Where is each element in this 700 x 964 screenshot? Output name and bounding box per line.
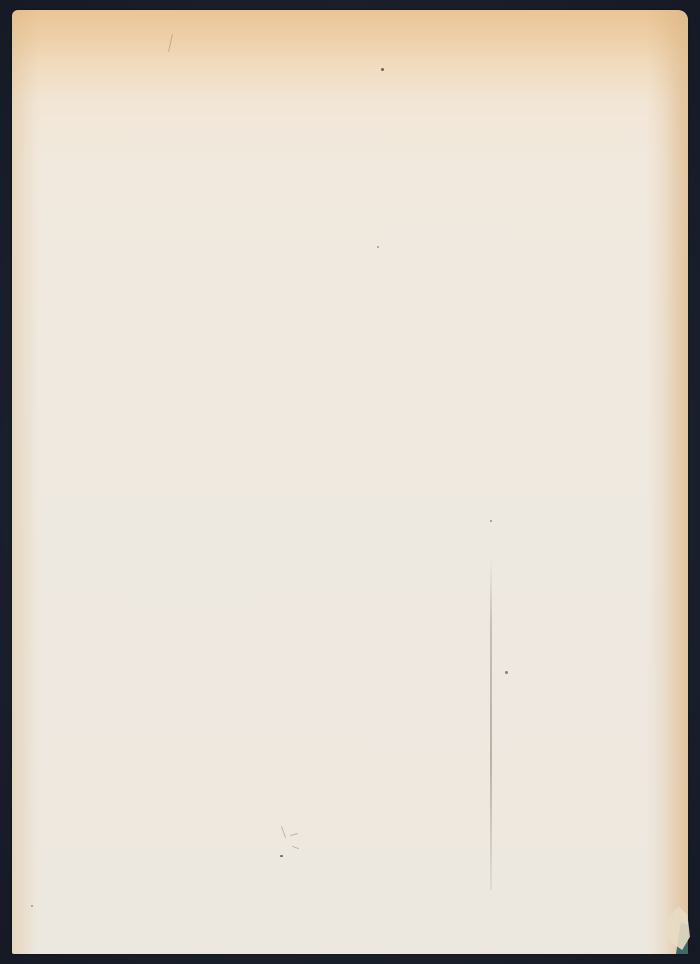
paper-crease-mark xyxy=(490,560,492,890)
paper-speck xyxy=(381,68,384,71)
paper-speck xyxy=(31,905,33,907)
paper-speck xyxy=(490,520,492,522)
paper-speck xyxy=(280,855,283,857)
paper-right-edge-stain xyxy=(666,10,688,954)
paper-speck xyxy=(377,246,379,248)
paper-speck xyxy=(505,671,508,674)
paper-sheet xyxy=(12,10,688,954)
